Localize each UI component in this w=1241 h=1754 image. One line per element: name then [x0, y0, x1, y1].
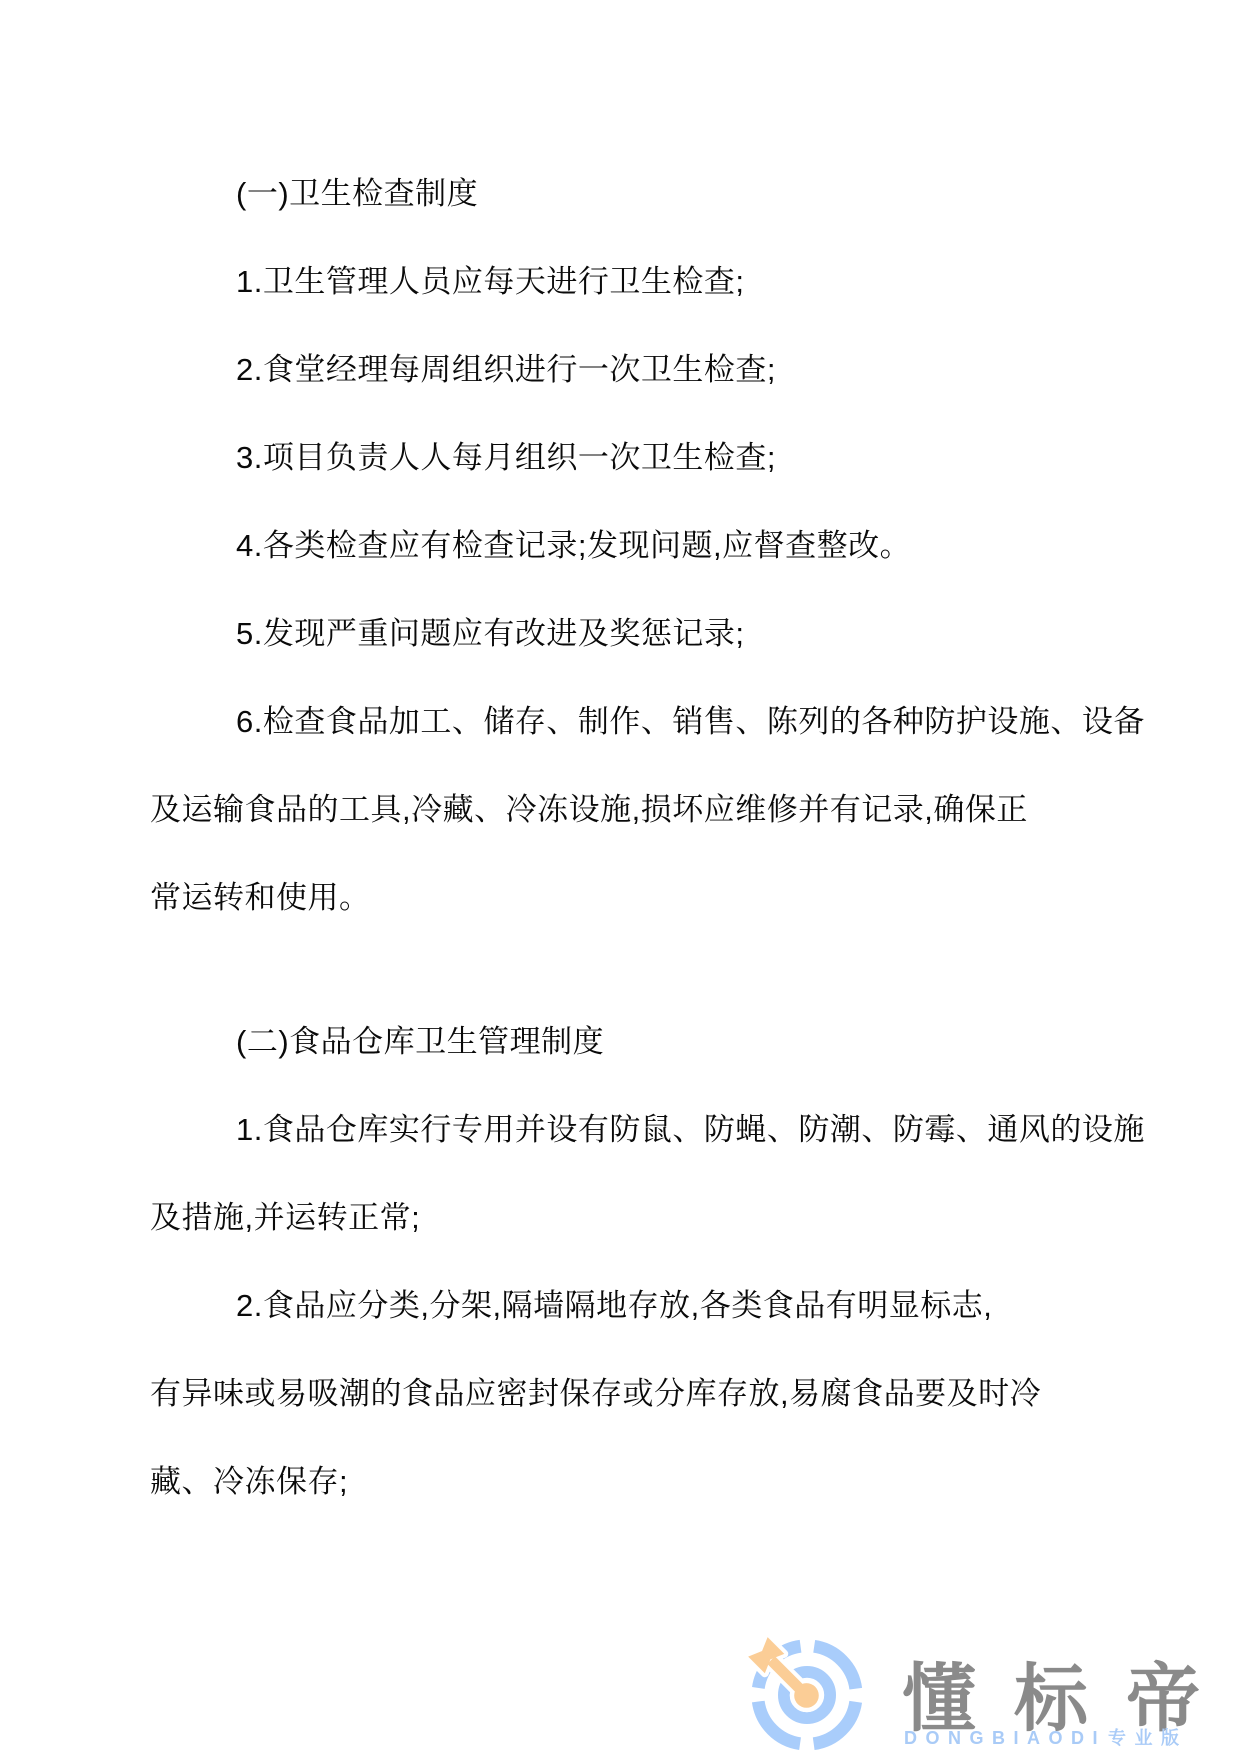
document-line: 3.项目负责人人每月组织一次卫生检查; — [150, 414, 1136, 502]
document-line: 2.食堂经理每周组织进行一次卫生检查; — [150, 326, 1136, 414]
brand-edition: 专业版 — [1108, 1728, 1188, 1748]
document-line: 1.食品仓库实行专用并设有防鼠、防蝇、防潮、防霉、通风的设施 — [150, 1086, 1136, 1174]
document-line: 2.食品应分类,分架,隔墙隔地存放,各类食品有明显标志, — [150, 1262, 1136, 1350]
document-page: (一)卫生检查制度 1.卫生管理人员应每天进行卫生检查; 2.食堂经理每周组织进… — [0, 0, 1241, 1754]
document-line: 常运转和使用。 — [150, 854, 1136, 942]
brand-name: 懂标帝 — [902, 1662, 1238, 1736]
document-line: 有异味或易吸潮的食品应密封保存或分库存放,易腐食品要及时冷 — [150, 1350, 1136, 1438]
document-line: 6.检查食品加工、储存、制作、销售、陈列的各种防护设施、设备 — [150, 678, 1136, 766]
document-body: (一)卫生检查制度 1.卫生管理人员应每天进行卫生检查; 2.食堂经理每周组织进… — [150, 150, 1136, 1526]
document-line: 4.各类检查应有检查记录;发现问题,应督查整改。 — [150, 502, 1136, 590]
document-line: 5.发现严重问题应有改进及奖惩记录; — [150, 590, 1136, 678]
section-heading: (二)食品仓库卫生管理制度 — [150, 998, 1136, 1086]
document-line: 及措施,并运转正常; — [150, 1174, 1136, 1262]
watermark-logo: 懂标帝 DONGBIAODI专业版 — [744, 1630, 1241, 1754]
brand-latin: DONGBIAODI — [904, 1728, 1106, 1748]
document-line: 及运输食品的工具,冷藏、冷冻设施,损坏应维修并有记录,确保正 — [150, 766, 1136, 854]
document-line: 1.卫生管理人员应每天进行卫生检查; — [150, 238, 1136, 326]
document-line: 藏、冷冻保存; — [150, 1438, 1136, 1526]
section-heading: (一)卫生检查制度 — [150, 150, 1136, 238]
target-with-arrow-icon — [748, 1636, 866, 1754]
brand-subtitle: DONGBIAODI专业版 — [904, 1729, 1188, 1747]
